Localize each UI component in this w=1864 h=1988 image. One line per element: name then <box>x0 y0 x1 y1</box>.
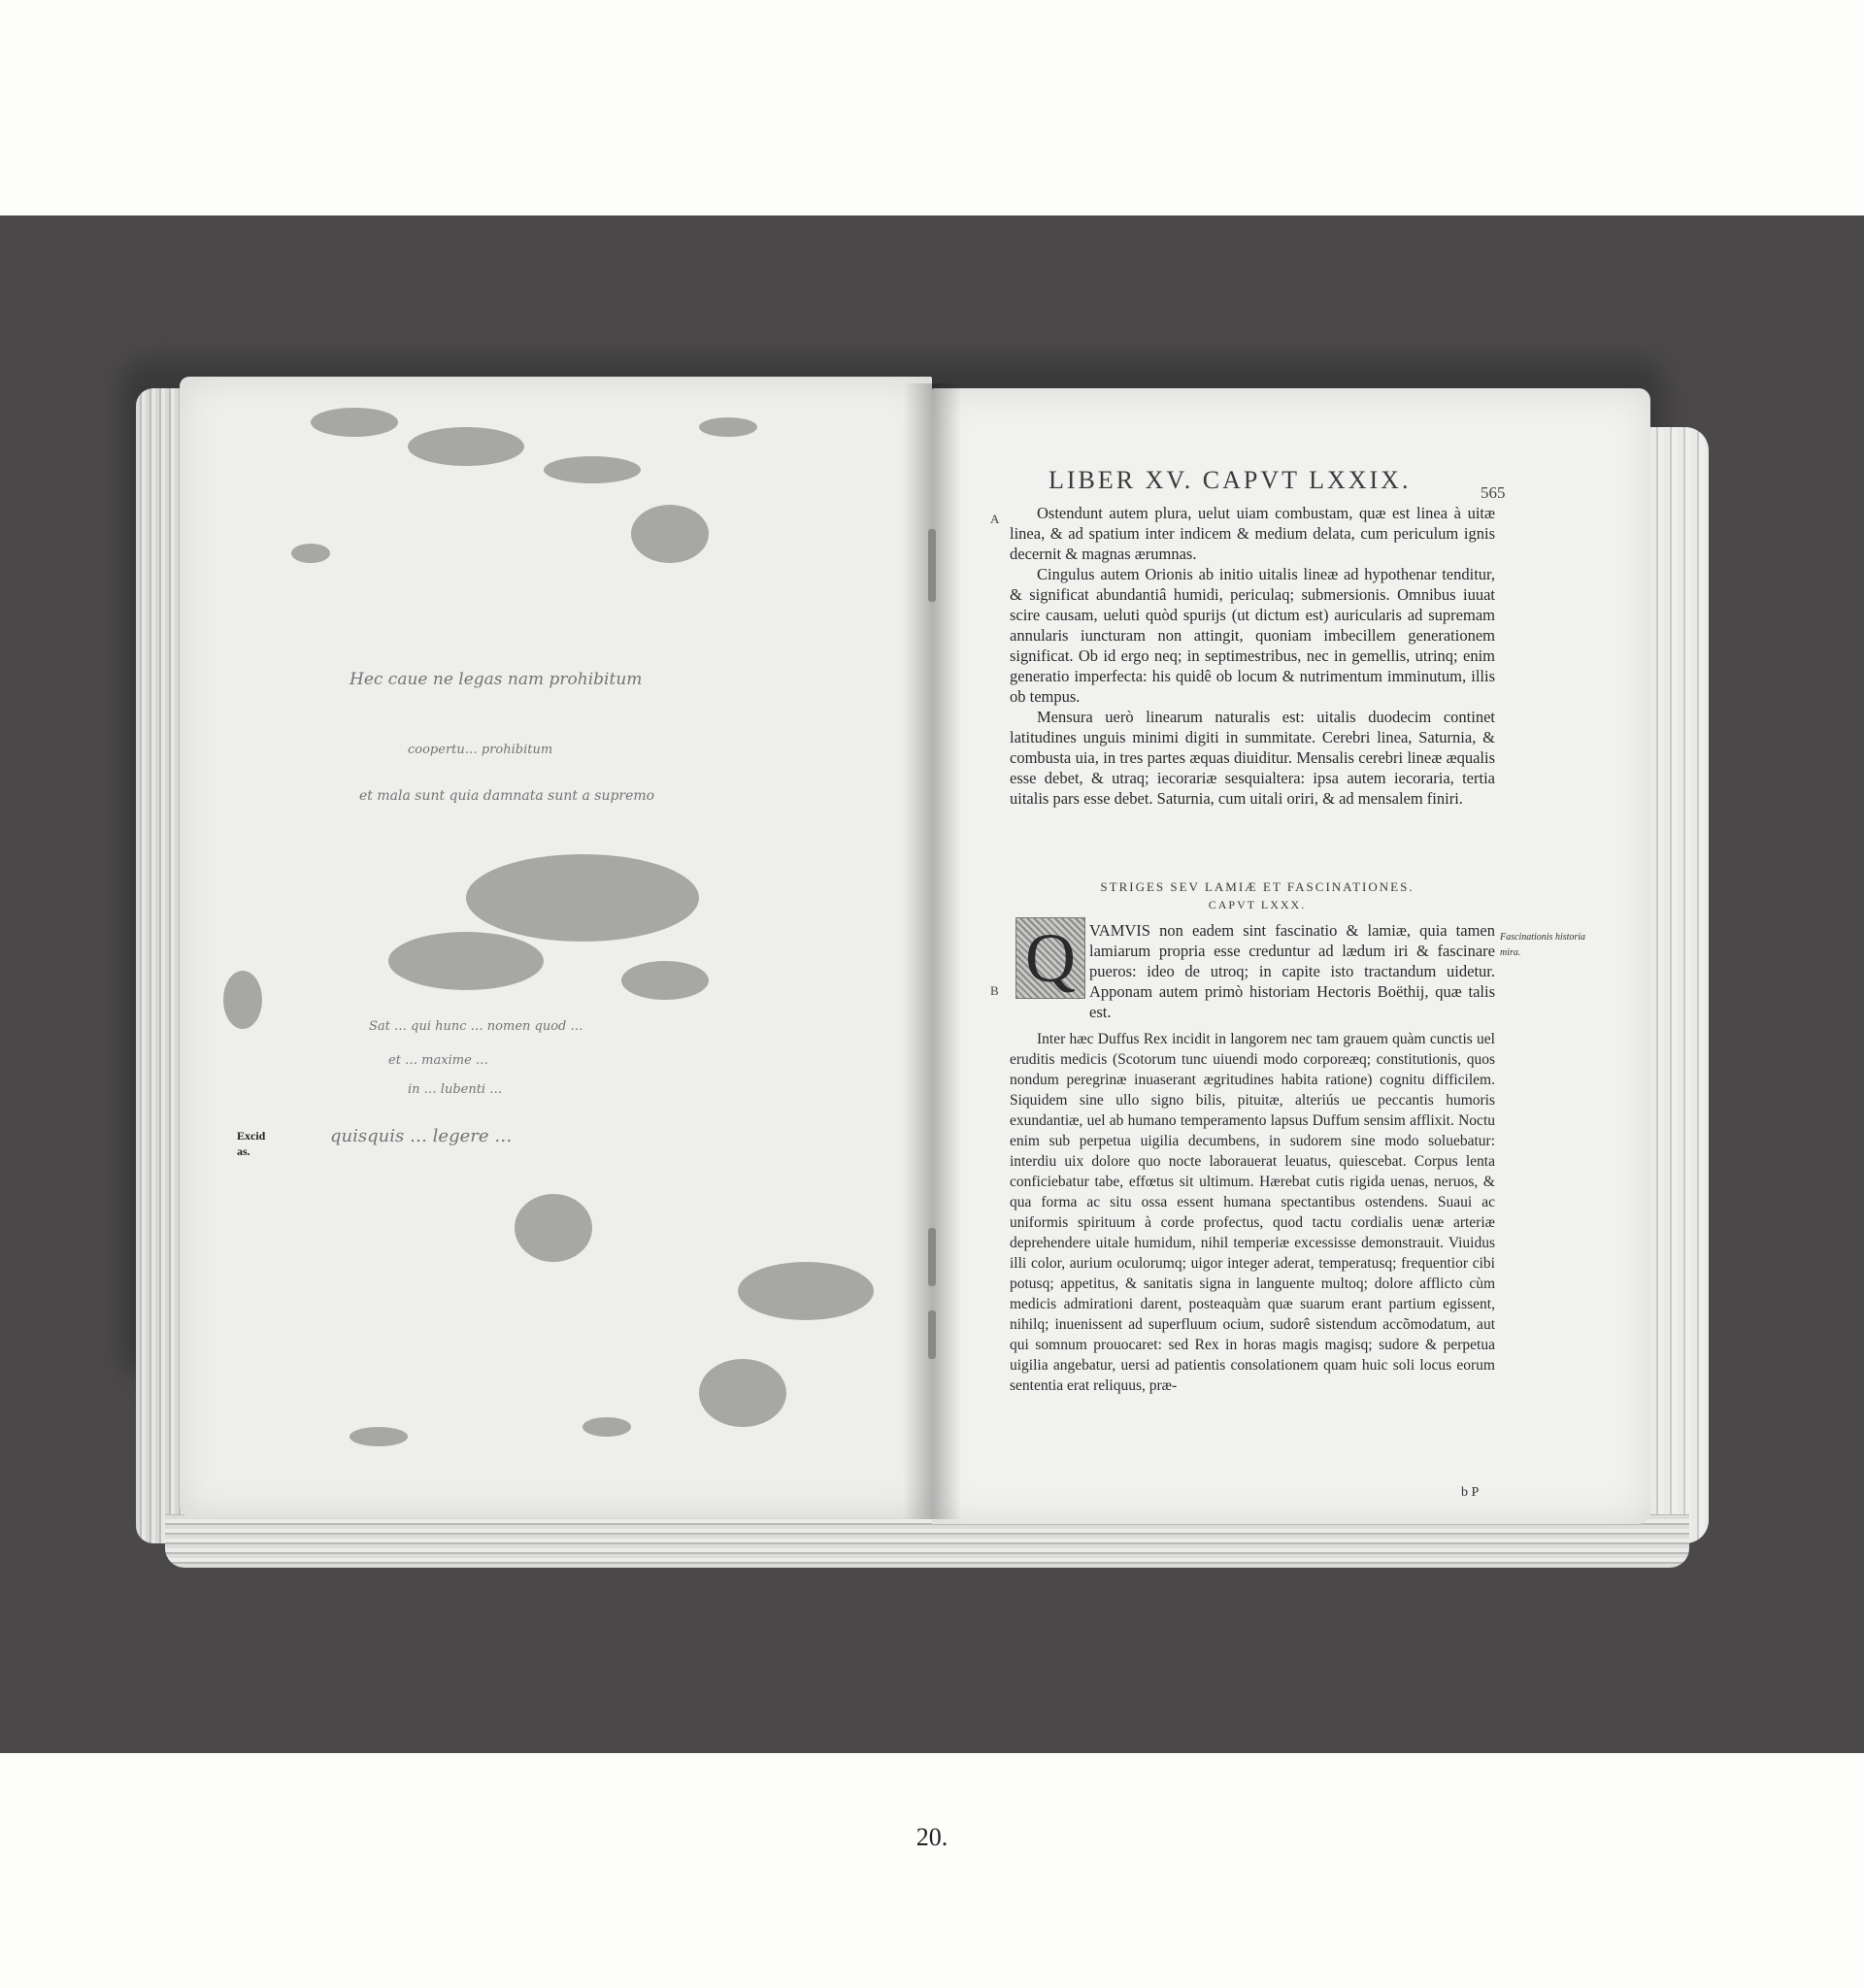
catchword: b P <box>1461 1485 1479 1501</box>
chapter-lxxx-opening: VAMVIS non eadem sint fascinatio & lamiæ… <box>1089 920 1495 1022</box>
side-note: Fascinationis historia mira. <box>1500 930 1597 961</box>
section-chapter: CAPVT LXXX. <box>1039 898 1476 912</box>
page-block-right-edge <box>1650 427 1709 1543</box>
handwritten-line: in … lubenti … <box>408 1082 502 1097</box>
running-head: LIBER XV. CAPVT LXXIX. <box>1048 466 1495 495</box>
handwritten-line: Hec caue ne legas nam prohibitum <box>349 670 642 689</box>
binding-thread <box>928 529 936 602</box>
handwritten-line: coopertu… prohibitum <box>408 743 552 757</box>
handwritten-line: et … maxime … <box>388 1053 488 1068</box>
folio-number: 565 <box>1481 483 1506 503</box>
chapter-lxxx-text: Inter hæc Duffus Rex incidit in langorem… <box>1010 1029 1495 1396</box>
paragraph: Mensura uerò linearum naturalis est: uit… <box>1010 707 1495 809</box>
decorated-initial: Q <box>1015 917 1085 999</box>
handwritten-line: et mala sunt quia damnata sunt a supremo <box>359 788 654 804</box>
paragraph: Cingulus autem Orionis ab initio uitalis… <box>1010 564 1495 707</box>
handwritten-line: quisquis … legere … <box>330 1126 512 1146</box>
section-marker-b: B <box>990 983 999 999</box>
figure-page-number: 20. <box>0 1823 1864 1852</box>
left-page <box>180 377 932 1517</box>
section-title: STRIGES SEV LAMIÆ ET FASCINATIONES. <box>1039 879 1476 895</box>
left-margin-note: Excid as. <box>237 1128 265 1159</box>
handwritten-line: Sat … qui hunc … nomen quod … <box>369 1019 583 1034</box>
chapter-lxxix-text: Ostendunt autem plura, uelut uiam combus… <box>1010 503 1495 809</box>
binding-thread <box>928 1228 936 1286</box>
paragraph: Ostendunt autem plura, uelut uiam combus… <box>1010 503 1495 564</box>
binding-thread <box>928 1310 936 1359</box>
paragraph: Inter hæc Duffus Rex incidit in langorem… <box>1010 1029 1495 1396</box>
paragraph: VAMVIS non eadem sint fascinatio & lamiæ… <box>1089 920 1495 1022</box>
section-marker-a: A <box>990 512 999 527</box>
